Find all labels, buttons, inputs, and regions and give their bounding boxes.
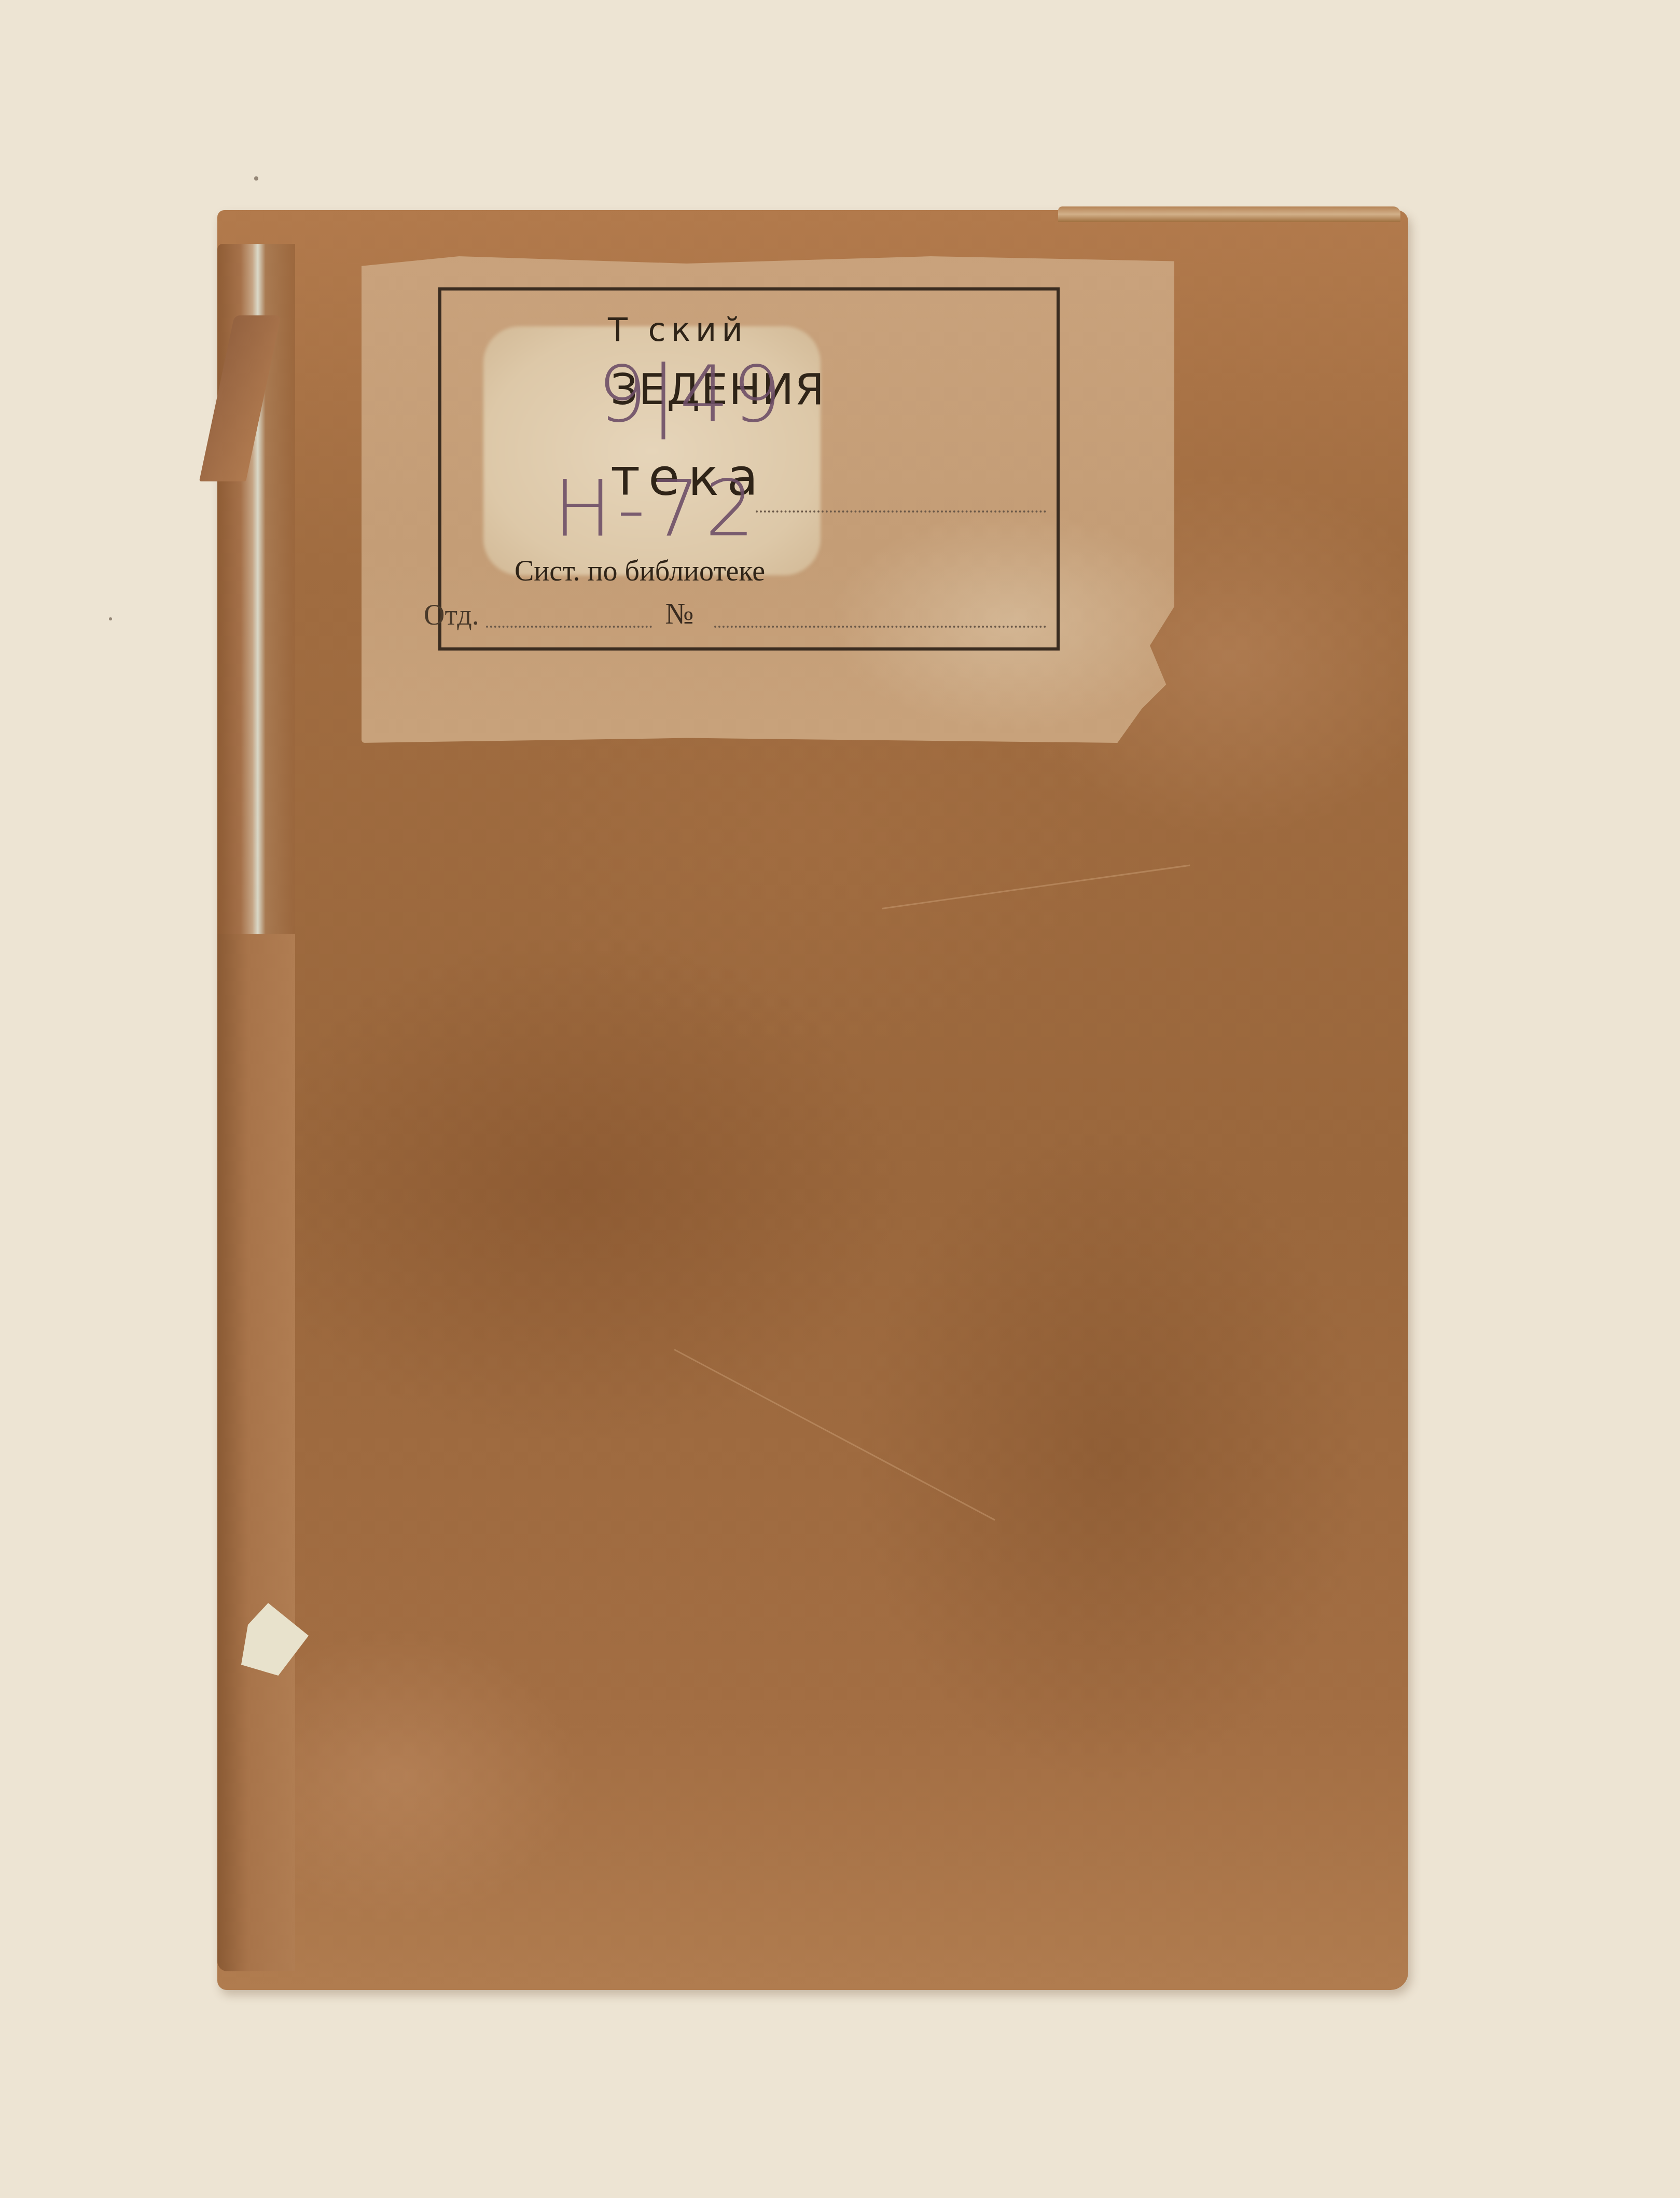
library-label: Т ский ЗЕДЕНИЯ тека Сист. по библиотеке … (362, 256, 1174, 743)
handwritten-shelfmark-1: 9|49 (598, 350, 785, 440)
label-dotted-line (756, 510, 1046, 513)
book-page-edge (1058, 206, 1400, 222)
label-line-4: Сист. по библиотеке (515, 555, 765, 588)
handwritten-shelfmark-2: Н-72 (553, 464, 760, 554)
label-number: № (665, 596, 693, 631)
label-dept-dotted-line (486, 626, 652, 628)
label-number-dotted-line (714, 626, 1046, 628)
book-spine-lower (217, 934, 295, 1971)
label-dept: Отд. (424, 599, 479, 632)
background-speck (254, 176, 258, 181)
label-line-1: Т ский (608, 311, 748, 349)
background-speck (109, 617, 112, 620)
